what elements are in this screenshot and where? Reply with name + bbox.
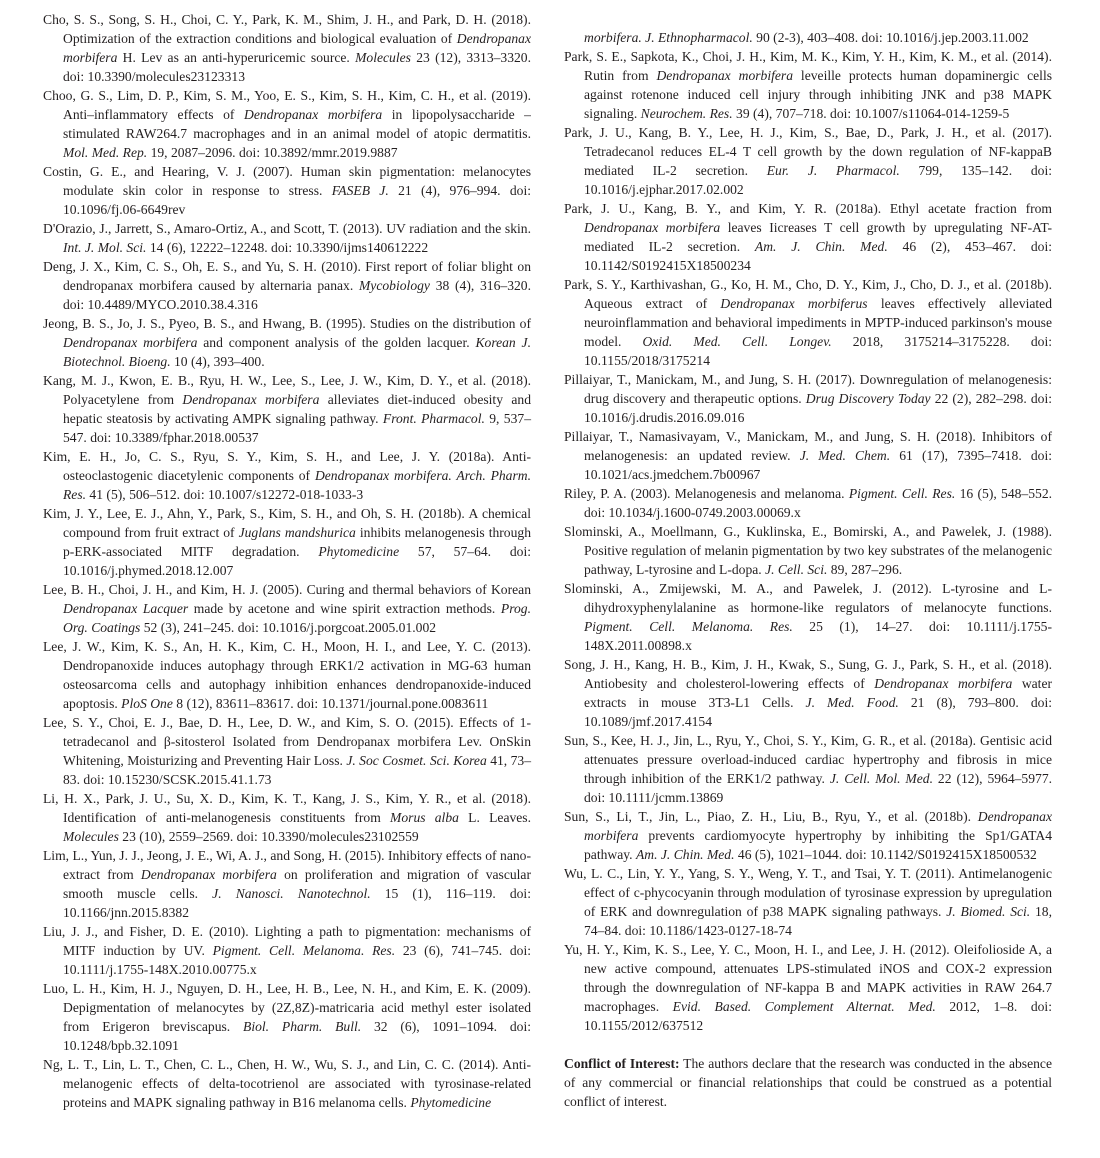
italic-text: Molecules xyxy=(63,829,119,844)
reference-entry: Lee, J. W., Kim, K. S., An, H. K., Kim, … xyxy=(43,637,531,713)
reference-entry: Lee, S. Y., Choi, E. J., Bae, D. H., Lee… xyxy=(43,713,531,789)
references-right: Park, S. E., Sapkota, K., Choi, J. H., K… xyxy=(564,47,1052,1035)
italic-text: Dendropanax morbifera xyxy=(584,220,720,235)
reference-entry: Kim, E. H., Jo, C. S., Ryu, S. Y., Kim, … xyxy=(43,447,531,504)
text-run: Park, J. U., Kang, B. Y., and Kim, Y. R.… xyxy=(564,201,1052,216)
reference-entry: Kim, J. Y., Lee, E. J., Ahn, Y., Park, S… xyxy=(43,504,531,580)
conflict-of-interest: Conflict of Interest: The authors declar… xyxy=(564,1054,1052,1111)
reference-entry: Pillaiyar, T., Manickam, M., and Jung, S… xyxy=(564,370,1052,427)
italic-text: Eur. J. Pharmacol. xyxy=(767,163,900,178)
reference-entry: Sun, S., Kee, H. J., Jin, L., Ryu, Y., C… xyxy=(564,731,1052,807)
reference-entry: Song, J. H., Kang, H. B., Kim, J. H., Kw… xyxy=(564,655,1052,731)
italic-text: Dendropanax morbifera xyxy=(874,676,1012,691)
italic-text: J. Nanosci. Nanotechnol. xyxy=(212,886,370,901)
italic-text: Juglans mandshurica xyxy=(239,525,356,540)
text-run: 23 (10), 2559–2569. doi: 10.3390/molecul… xyxy=(119,829,419,844)
reference-entry: Pillaiyar, T., Namasivayam, V., Manickam… xyxy=(564,427,1052,484)
italic-text: J. Cell. Sci. xyxy=(765,562,827,577)
italic-text: Pigment. Cell. Melanoma. Res. xyxy=(584,619,793,634)
reference-entry: Sun, S., Li, T., Jin, L., Piao, Z. H., L… xyxy=(564,807,1052,864)
text-run: made by acetone and wine spirit extracti… xyxy=(188,601,501,616)
text-run: 8 (12), 83611–83617. doi: 10.1371/journa… xyxy=(173,696,488,711)
italic-text: J. Biomed. Sci. xyxy=(946,904,1030,919)
text-run: 14 (6), 12222–12248. doi: 10.3390/ijms14… xyxy=(146,240,428,255)
text-run: Slominski, A., Zmijewski, M. A., and Paw… xyxy=(564,581,1052,615)
reference-entry: Wu, L. C., Lin, Y. Y., Yang, S. Y., Weng… xyxy=(564,864,1052,940)
text-run: Lee, B. H., Choi, J. H., and Kim, H. J. … xyxy=(43,582,531,597)
reference-entry: Ng, L. T., Lin, L. T., Chen, C. L., Chen… xyxy=(43,1055,531,1112)
text-run: and component analysis of the golden lac… xyxy=(197,335,475,350)
text-run: D'Orazio, J., Jarrett, S., Amaro-Ortiz, … xyxy=(43,221,531,236)
reference-entry: Park, J. U., Kang, B. Y., and Kim, Y. R.… xyxy=(564,199,1052,275)
reference-entry: Park, S. E., Sapkota, K., Choi, J. H., K… xyxy=(564,47,1052,123)
text-run: 52 (3), 241–245. doi: 10.1016/j.porgcoat… xyxy=(140,620,436,635)
italic-text: Dendropanax Lacquer xyxy=(63,601,188,616)
text-run: H. Lev as an anti-hyperuricemic source. xyxy=(117,50,355,65)
italic-text: Dendropanax morbifera xyxy=(141,867,277,882)
text-run: 89, 287–296. xyxy=(827,562,902,577)
text-run: Jeong, B. S., Jo, J. S., Pyeo, B. S., an… xyxy=(43,316,531,331)
italic-text: Pigment. Cell. Melanoma. Res. xyxy=(213,943,396,958)
italic-text: Evid. Based. Complement Alternat. Med. xyxy=(673,999,936,1014)
italic-text: J. Soc Cosmet. Sci. Korea xyxy=(346,753,486,768)
reference-entry: Jeong, B. S., Jo, J. S., Pyeo, B. S., an… xyxy=(43,314,531,371)
italic-text: Am. J. Chin. Med. xyxy=(636,847,735,862)
italic-text: J. Cell. Mol. Med. xyxy=(830,771,933,786)
reference-entry: Luo, L. H., Kim, H. J., Nguyen, D. H., L… xyxy=(43,979,531,1055)
italic-text: Dendropanax morbifera xyxy=(244,107,382,122)
text-run: Sun, S., Li, T., Jin, L., Piao, Z. H., L… xyxy=(564,809,978,824)
text-run: 41 (5), 506–512. doi: 10.1007/s12272-018… xyxy=(86,487,363,502)
text-run: 39 (4), 707–718. doi: 10.1007/s11064-014… xyxy=(733,106,1010,121)
reference-continuation: morbifera. J. Ethnopharmacol. 90 (2-3), … xyxy=(564,28,1052,47)
reference-entry: Costin, G. E., and Hearing, V. J. (2007)… xyxy=(43,162,531,219)
italic-text: FASEB J. xyxy=(332,183,389,198)
italic-text: Biol. Pharm. Bull. xyxy=(243,1019,361,1034)
italic-text: Front. Pharmacol. xyxy=(383,411,485,426)
italic-text: Phytomedicine xyxy=(318,544,399,559)
text-run: 46 (5), 1021–1044. doi: 10.1142/S0192415… xyxy=(735,847,1037,862)
text-run: Riley, P. A. (2003). Melanogenesis and m… xyxy=(564,486,849,501)
italic-text: Mycobiology xyxy=(359,278,430,293)
reference-entry: Slominski, A., Zmijewski, M. A., and Paw… xyxy=(564,579,1052,655)
reference-entry: Deng, J. X., Kim, C. S., Oh, E. S., and … xyxy=(43,257,531,314)
text-run: 19, 2087–2096. doi: 10.3892/mmr.2019.988… xyxy=(147,145,397,160)
italic-text: Dendropanax morbifera xyxy=(656,68,793,83)
italic-text: Drug Discovery Today xyxy=(806,391,931,406)
reference-entry: D'Orazio, J., Jarrett, S., Amaro-Ortiz, … xyxy=(43,219,531,257)
reference-entry: Liu, J. J., and Fisher, D. E. (2010). Li… xyxy=(43,922,531,979)
reference-entry: Li, H. X., Park, J. U., Su, X. D., Kim, … xyxy=(43,789,531,846)
reference-entry: Park, S. Y., Karthivashan, G., Ko, H. M.… xyxy=(564,275,1052,370)
text-run: L. Leaves. xyxy=(459,810,531,825)
reference-list-right: morbifera. J. Ethnopharmacol. 90 (2-3), … xyxy=(564,28,1052,1125)
italic-text: Pigment. Cell. Res. xyxy=(849,486,955,501)
italic-text: Oxid. Med. Cell. Longev. xyxy=(642,334,831,349)
text-run: 90 (2-3), 403–408. doi: 10.1016/j.jep.20… xyxy=(753,30,1029,45)
reference-entry: Yu, H. Y., Kim, K. S., Lee, Y. C., Moon,… xyxy=(564,940,1052,1035)
italic-text: J. Med. Chem. xyxy=(800,448,890,463)
reference-list-left: Cho, S. S., Song, S. H., Choi, C. Y., Pa… xyxy=(43,10,531,1112)
italic-text: Dendropanax morbifera xyxy=(63,335,197,350)
italic-text: Mol. Med. Rep. xyxy=(63,145,147,160)
reference-entry: Kang, M. J., Kwon, E. B., Ryu, H. W., Le… xyxy=(43,371,531,447)
reference-entry: Slominski, A., Moellmann, G., Kuklinska,… xyxy=(564,522,1052,579)
reference-entry: Riley, P. A. (2003). Melanogenesis and m… xyxy=(564,484,1052,522)
reference-entry: Park, J. U., Kang, B. Y., Lee, H. J., Ki… xyxy=(564,123,1052,199)
italic-text: morbifera. J. Ethnopharmacol. xyxy=(584,30,753,45)
italic-text: Am. J. Chin. Med. xyxy=(755,239,888,254)
italic-text: Phytomedicine xyxy=(410,1095,491,1110)
conflict-of-interest-heading: Conflict of Interest: xyxy=(564,1056,680,1071)
italic-text: PloS One xyxy=(121,696,173,711)
references-left: Cho, S. S., Song, S. H., Choi, C. Y., Pa… xyxy=(43,10,531,1112)
reference-entry: Lee, B. H., Choi, J. H., and Kim, H. J. … xyxy=(43,580,531,637)
italic-text: Molecules xyxy=(355,50,411,65)
reference-entry: Choo, G. S., Lim, D. P., Kim, S. M., Yoo… xyxy=(43,86,531,162)
italic-text: Neurochem. Res. xyxy=(641,106,733,121)
italic-text: Dendropanax morbiferus xyxy=(720,296,867,311)
italic-text: Int. J. Mol. Sci. xyxy=(63,240,146,255)
italic-text: J. Med. Food. xyxy=(806,695,899,710)
italic-text: Morus alba xyxy=(390,810,459,825)
reference-entry: Cho, S. S., Song, S. H., Choi, C. Y., Pa… xyxy=(43,10,531,86)
reference-entry: Lim, L., Yun, J. J., Jeong, J. E., Wi, A… xyxy=(43,846,531,922)
text-run: 10 (4), 393–400. xyxy=(171,354,265,369)
italic-text: Dendropanax morbifera xyxy=(182,392,319,407)
